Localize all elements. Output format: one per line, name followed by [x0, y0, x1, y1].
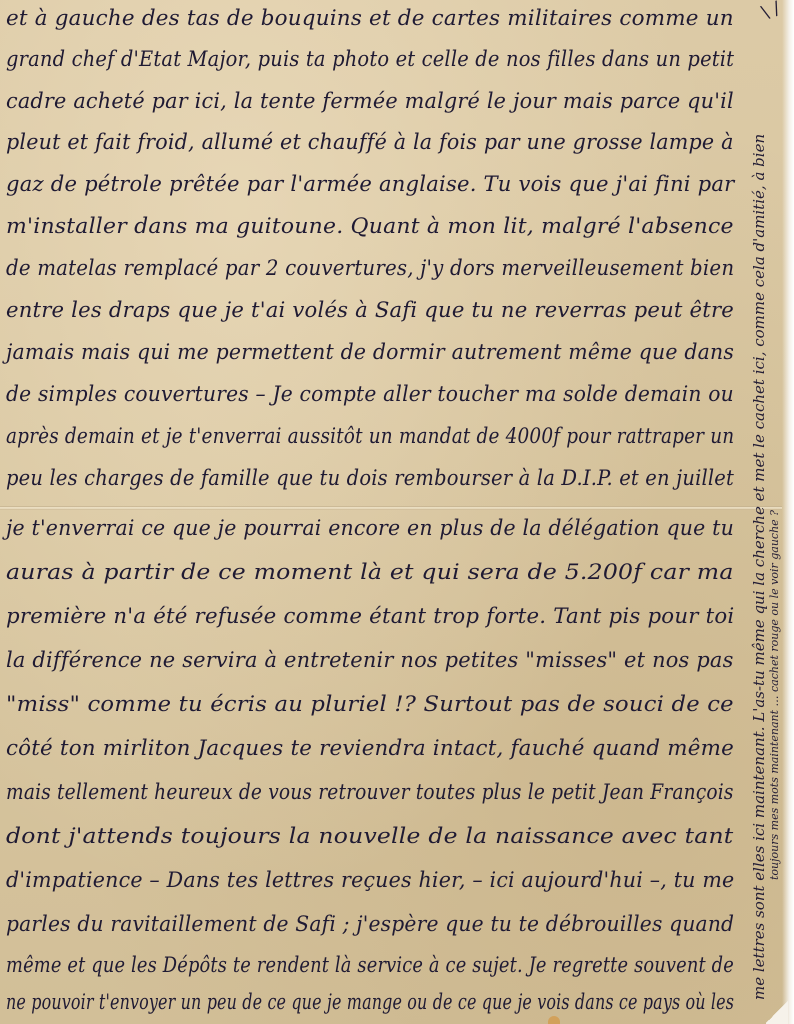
paper-right-edge: [782, 0, 794, 1024]
letter-line: parles du ravitaillement de Safi ; j'esp…: [6, 912, 734, 936]
letter-line: entre les draps que je t'ai volés à Safi…: [6, 298, 734, 322]
letter-line: ne pouvoir t'envoyer un peu de ce que je…: [6, 990, 734, 1014]
letter-line: mais tellement heureux de vous retrouver…: [6, 780, 734, 804]
corner-mark: \ /: [759, 0, 783, 23]
paper-stain: [548, 1016, 560, 1024]
letter-line: "miss" comme tu écris au pluriel !? Surt…: [6, 692, 734, 716]
letter-line: de simples couvertures – Je compte aller…: [6, 382, 734, 406]
letter-line: peu les charges de famille que tu dois r…: [6, 466, 734, 490]
letter-line: première n'a été refusée comme étant tro…: [6, 604, 734, 628]
letter-line: dont j'attends toujours la nouvelle de l…: [6, 824, 733, 848]
letter-line: après demain et je t'enverrai aussitôt u…: [6, 424, 734, 448]
letter-line: je t'enverrai ce que je pourrai encore e…: [6, 516, 734, 540]
letter-line: grand chef d'Etat Major, puis ta photo e…: [6, 47, 734, 71]
right-margin-subnote: toujours mes mots maintenant … cachet ro…: [768, 510, 781, 880]
letter-line: la différence ne servira à entretenir no…: [6, 648, 734, 672]
letter-sheet: \ / et à gauche des tas de bouquins et d…: [0, 0, 794, 1024]
paper-corner-fold: [766, 1000, 788, 1024]
letter-line: pleut et fait froid, allumé et chauffé à…: [6, 130, 734, 154]
letter-line: auras à partir de ce moment là et qui se…: [6, 560, 734, 584]
letter-line: gaz de pétrole prêtée par l'armée anglai…: [6, 172, 734, 196]
letter-line: cadre acheté par ici, la tente fermée ma…: [6, 89, 734, 113]
letter-line: d'impatience – Dans tes lettres reçues h…: [6, 868, 734, 892]
right-margin-note: me lettres sont elles ici maintenant. L'…: [750, 134, 768, 1000]
letter-line: et à gauche des tas de bouquins et de ca…: [6, 6, 734, 30]
paper-fold-line: [0, 506, 782, 510]
letter-line: jamais mais qui me permettent de dormir …: [6, 340, 734, 364]
letter-line: côté ton mirliton Jacques te reviendra i…: [6, 736, 734, 760]
letter-line: m'installer dans ma guitoune. Quant à mo…: [6, 214, 734, 238]
letter-line: même et que les Dépôts te rendent là ser…: [6, 953, 734, 977]
letter-line: de matelas remplacé par 2 couvertures, j…: [6, 256, 734, 280]
